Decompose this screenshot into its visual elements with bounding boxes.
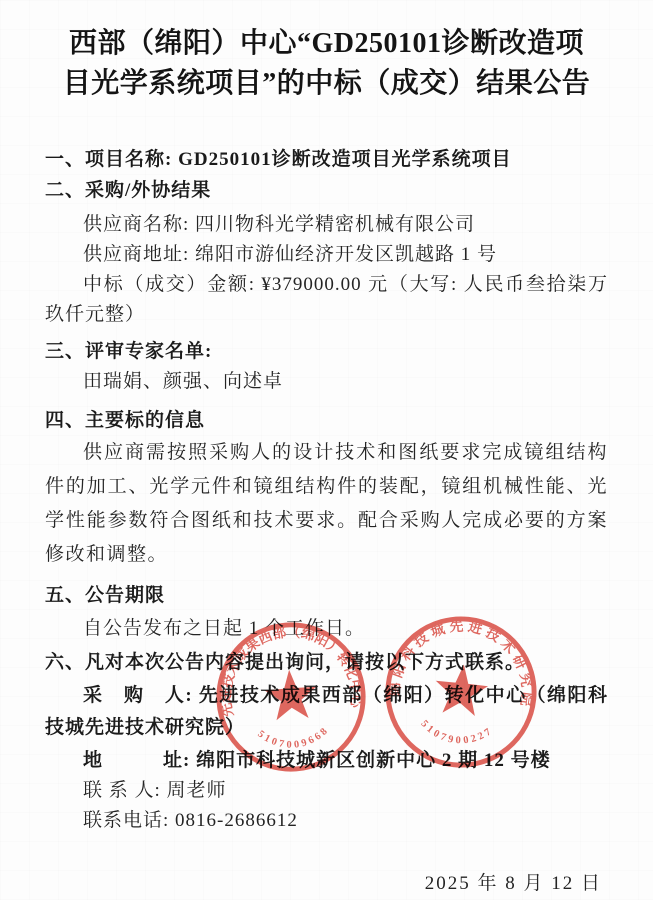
supplier-address: 供应商地址: 绵阳市游仙经济开发区凯越路 1 号 <box>45 240 608 270</box>
title-line-2: 目光学系统项目”的中标（成交）结果公告 <box>45 64 608 104</box>
page-title: 西部（绵阳）中心“GD250101诊断改造项 目光学系统项目”的中标（成交）结果… <box>45 24 608 104</box>
announcement-date: 2025 年 8 月 12 日 <box>45 873 608 895</box>
section-4-heading: 四、主要标的信息 <box>45 406 608 436</box>
subject-matter-paragraph: 供应商需按照采购人的设计技术和图纸要求完成镜组结构件的加工、光学元件和镜组结构件… <box>45 436 608 572</box>
section-6-heading: 六、凡对本次公告内容提出询问，请按以下方式联系。 <box>45 648 608 678</box>
supplier-name: 供应商名称: 四川物科光学精密机械有限公司 <box>45 210 608 240</box>
document-body: 西部（绵阳）中心“GD250101诊断改造项 目光学系统项目”的中标（成交）结果… <box>0 24 653 895</box>
contact-person-line: 联 系 人: 周老师 <box>45 776 608 806</box>
buyer-line: 采 购 人: 先进技术成果西部（绵阳）转化中心（绵阳科技城先进技术研究院） <box>45 680 608 744</box>
expert-list: 田瑞娟、颜强、向述卓 <box>45 367 608 397</box>
address-line: 地 址: 绵阳市科技城新区创新中心 2 期 12 号楼 <box>45 746 608 776</box>
section-1-project-name: 一、项目名称: GD250101诊断改造项目光学系统项目 <box>45 145 608 175</box>
title-line-1: 西部（绵阳）中心“GD250101诊断改造项 <box>45 24 608 64</box>
section-5-heading: 五、公告期限 <box>45 581 608 611</box>
announcement-period: 自公告发布之日起 1 个工作日。 <box>45 614 608 644</box>
contact-phone-line: 联系电话: 0816-2686612 <box>45 806 608 836</box>
section-3-heading: 三、评审专家名单: <box>45 337 608 367</box>
award-amount: 中标（成交）金额: ¥379000.00 元（大写: 人民币叁拾柒万玖仟元整） <box>45 270 608 330</box>
section-2-heading: 二、采购/外协结果 <box>45 176 608 206</box>
announcement-page: 西部（绵阳）中心“GD250101诊断改造项 目光学系统项目”的中标（成交）结果… <box>0 0 653 900</box>
